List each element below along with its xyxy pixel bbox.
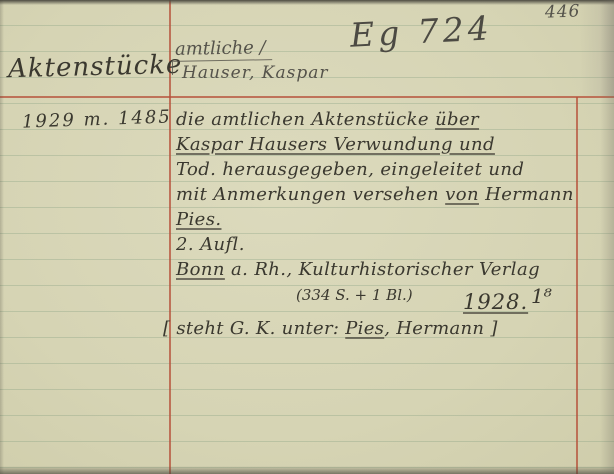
entry-line: Tod. herausgegeben, eingeleitet und — [176, 157, 574, 182]
entry-line-segment: 2. Aufl. — [176, 234, 245, 255]
see-reference-note: [ steht G. K. unter: Pies, Hermann ] — [163, 318, 498, 339]
publication-year: 1928. — [463, 290, 528, 314]
cross-reference: Hauser, Kaspar — [182, 63, 328, 83]
main-heading: Aktenstücke — [8, 50, 183, 85]
entry-line-segment: über — [435, 109, 479, 130]
card-edge-bottom — [0, 466, 614, 474]
corner-number: 446 — [545, 1, 581, 22]
entry-line-segment: a. Rh., Kulturhistorischer Verlag — [225, 259, 540, 280]
accession-number: 1929 m. 1485 — [22, 106, 173, 132]
entry-line-segment: die amtlichen Aktenstücke — [176, 109, 435, 130]
entry-line-segment: Tod. herausgegeben, eingeleitet und — [176, 159, 524, 180]
insertion-note: amtliche / — [173, 37, 272, 62]
entry-line-segment: , Hermann ] — [384, 318, 497, 339]
entry-line: 2. Aufl. — [176, 232, 574, 257]
card-edge-right — [600, 0, 614, 474]
entry-line-segment: Kaspar Hausers Verwundung und — [176, 134, 495, 155]
entry-line: Bonn a. Rh., Kulturhistorischer Verlag — [176, 257, 574, 282]
entry-title-lines: die amtlichen Aktenstücke überKaspar Hau… — [176, 107, 574, 282]
entry-line-segment: von — [445, 184, 479, 205]
see-note-line: [ steht G. K. unter: Pies, Hermann ] — [163, 318, 498, 339]
collation: (334 S. + 1 Bl.) — [296, 286, 413, 304]
entry-line: Kaspar Hausers Verwundung und — [176, 132, 574, 157]
insertion-bracket-mark — [172, 60, 178, 75]
entry-line-segment: [ steht G. K. unter: — [163, 318, 345, 339]
entry-line-segment: Hermann — [479, 184, 574, 205]
entry-line: die amtlichen Aktenstücke über — [176, 107, 574, 132]
entry-line-segment: mit Anmerkungen versehen — [176, 184, 445, 205]
price: 1⁸ — [531, 284, 552, 308]
entry-line: mit Anmerkungen versehen von Hermann — [176, 182, 574, 207]
catalog-card: 446 Eg 724 Aktenstücke amtliche / Hauser… — [0, 0, 614, 474]
entry-line-segment: Pies — [345, 318, 384, 339]
card-edge-top — [0, 0, 614, 5]
entry-line-segment: Pies. — [176, 209, 221, 230]
red-rule-horizontal — [0, 96, 614, 98]
entry-line-segment: Bonn — [176, 259, 225, 280]
shelfmark: Eg 724 — [349, 8, 494, 54]
card-edge-left — [0, 0, 4, 474]
red-rule-vertical-right — [576, 97, 578, 474]
entry-line: Pies. — [176, 207, 574, 232]
